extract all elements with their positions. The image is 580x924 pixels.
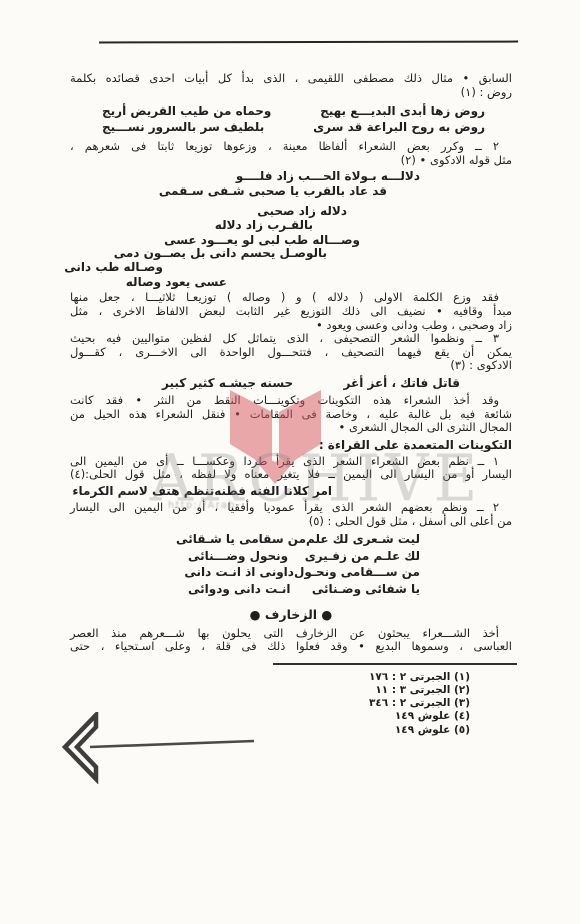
paragraph-line: ٢ ــ ونظم بعضهم الشعر الذى يقرأ عموديا و…	[70, 501, 512, 515]
left-arrow-icon	[60, 712, 260, 784]
verse-hemistich-right: ليت شـعرى لك علم	[306, 532, 420, 548]
paragraph-line: ٣ ــ ونظموا الشعر التصحيفى ، الذى يتماثل…	[70, 332, 512, 346]
grid-poem: ليت شـعرى لك علم من سقامى يا شـقائى لك ع…	[188, 532, 420, 597]
verse-hemistich-right: لك علـم من زفـيرى	[305, 549, 420, 565]
footnote-item: (٣) الجبرتى ٢ : ٣٤٦	[70, 697, 470, 710]
verse-row: ليت شـعرى لك علم من سقامى يا شـقائى	[188, 532, 420, 548]
verse-row: روض به روح البراعة قد سرى بلطيف سر بالسر…	[102, 120, 485, 135]
paragraph-line: السابق • مثال ذلك مصطفى اللقيمى ، الذى ب…	[70, 72, 512, 86]
page-top-rule	[99, 41, 518, 44]
paragraph-line: زاد وصحبى ، وطب ودانى وعسى ويعود •	[70, 319, 512, 333]
verse-hemistich-left: داونى اذ انـت دانى	[184, 565, 294, 581]
verse-qatil: قاتل فاتك ، أعز أغر حسنه جيشـه كثير كبير	[162, 376, 460, 391]
verse-row: من ســـقامى ونحـول داونى اذ انـت دانى	[188, 565, 420, 581]
verse-hemistich-right: امر كلانا الفته فطنه	[214, 484, 332, 499]
verse-hemistich-right: روض به روح البراعة قد سرى	[313, 120, 485, 135]
footnote-item: (٢) الجبرتى ٣ : ١١	[70, 684, 470, 697]
verse-row: روض زها أبدى البديـــع بهيج وحماه من طيب…	[102, 104, 485, 119]
page-content: السابق • مثال ذلك مصطفى اللقيمى ، الذى ب…	[70, 72, 512, 737]
poem-line: دلالـــه بـولاة الحـــب زاد فلــــو	[70, 170, 420, 183]
verse-hemistich-right: روض زها أبدى البديـــع بهيج	[320, 104, 485, 119]
paragraph-line: أخذ الشـــعراء يبحثون عن الزخارف التى يح…	[70, 627, 512, 641]
verse-hemistich-left: من سقامى يا شـقائى	[176, 532, 306, 548]
verse-hemistich-left: وحماه من طيب القريض أريج	[102, 104, 271, 119]
paragraph-line: المجال النثرى الى المجال الشعرى •	[70, 421, 512, 435]
verse-hemistich-left: بلطيف سر بالسرور نســـيج	[102, 120, 264, 135]
paragraph-line: مثل قوله الادكوى • (٢)	[70, 154, 512, 168]
paragraph-line: روض : (١)	[70, 86, 512, 100]
poem-line: بالقـرب زاد دلاله	[70, 219, 313, 232]
poem-line: وصـاله طب دانى	[70, 261, 163, 274]
verse-hemistich-right: قاتل فاتك ، أعز أغر	[344, 376, 460, 391]
footnote-item: (١) الجبرتى ٢ : ١٧٦	[70, 671, 470, 684]
verse-hemistich-left: حسنه جيشـه كثير كبير	[162, 376, 293, 391]
verse-rawd-block: روض زها أبدى البديـــع بهيج وحماه من طيب…	[70, 104, 512, 135]
paragraph-line: وقد أخذ الشعراء هذه التكوينات وتكوينـــا…	[70, 394, 512, 408]
paragraph-line: فقد وزع الكلمة الاولى ( دلاله ) و ( وصال…	[70, 291, 512, 305]
poem-line: بالوصـل يحسم دانى بل يصــون دمى	[70, 247, 327, 260]
paragraph-line: اليسار أو من اليسار الى اليمين ــ فلا يت…	[70, 468, 512, 482]
paragraph-line: من أعلى الى أسفل ، مثل قول الحلى : (٥)	[70, 515, 512, 529]
verse-hemistich-right: يا شفائى وضـنائى	[312, 582, 420, 598]
verse-hemistich-right: من ســـقامى ونحـول	[294, 565, 420, 581]
staggered-poem-dalalah: دلالـــه بـولاة الحـــب زاد فلــــو قد ع…	[70, 170, 512, 289]
section-heading-zakharif: ● الزخارف ●	[70, 608, 512, 622]
paragraph-line: شائعة فيه بل غالبة عليه ، وخاصة فى المقا…	[70, 408, 512, 422]
verse-row: لك علـم من زفـيرى ونحول وضـــنائى	[188, 549, 420, 565]
paragraph-line: ٢ ــ وكرر بعض الشعراء ألفاظا معينة ، وزع…	[70, 140, 512, 154]
poem-line: قد عاد بالقرب يا صحبى شـفى سـقمى	[70, 185, 387, 198]
scanned-book-page: السابق • مثال ذلك مصطفى اللقيمى ، الذى ب…	[0, 0, 580, 924]
paragraph-line: يمكن أن يقع فيهما التصحيف ، فتتحـــول ال…	[70, 346, 512, 360]
footnote-separator	[273, 663, 517, 665]
paragraph-line: مبدأ وقافيه • نضيف الى ذلك التوزيع غير ا…	[70, 305, 512, 319]
verse-hemistich-left: انـت دانى ودوائى	[188, 582, 291, 598]
verse-row: يا شفائى وضـنائى انـت دانى ودوائى	[188, 582, 420, 598]
poem-line: دلاله زاد صحبى	[70, 205, 347, 218]
verse-amr: امر كلانا الفته فطنه تنظم هتف لاسم الكرم…	[142, 484, 332, 499]
poem-line: عسى يعود وصاله	[70, 276, 227, 289]
verse-hemistich-left: ونحول وضـــنائى	[188, 549, 288, 565]
paragraph-line: الادكوى : (٣)	[70, 359, 512, 373]
paragraph-line: العباسى ، وسموها البديع • وقد فعلوا ذلك …	[70, 640, 512, 654]
verse-hemistich-left: تنظم هتف لاسم الكرماء	[72, 484, 214, 499]
subsection-heading: التكوينات المتعمدة على القراءة :	[70, 435, 512, 455]
